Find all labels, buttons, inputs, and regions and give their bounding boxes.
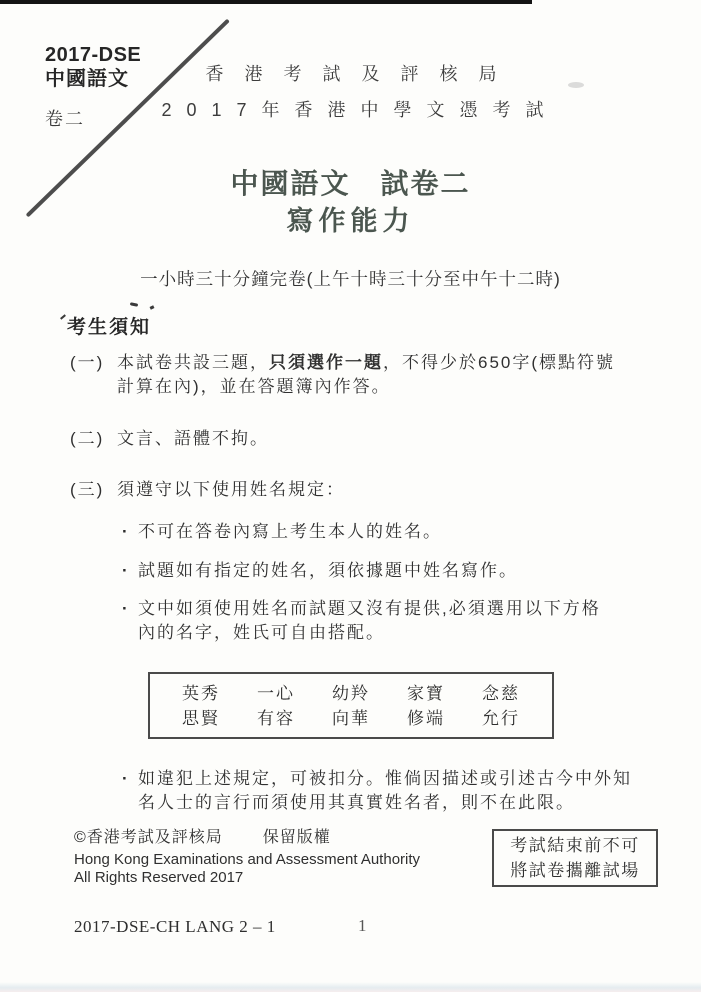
exam-warning-box: 考試結束前不可 將試卷攜離試場: [492, 829, 658, 887]
name-option: 有容: [257, 706, 295, 731]
name-option: 幼羚: [332, 681, 370, 706]
header-left-block: 2017-DSE 中國語文 卷二: [45, 44, 141, 131]
bullet-text: 不可在答卷內寫上考生本人的姓名。: [138, 520, 442, 544]
item-number: (三): [70, 478, 117, 502]
name-option: 家寶: [407, 681, 445, 706]
instruction-bullet: · 不可在答卷內寫上考生本人的姓名。: [70, 520, 670, 544]
subject-name: 中國語文: [45, 67, 141, 91]
name-option: 念慈: [482, 681, 520, 706]
bullet-icon: ·: [122, 597, 138, 621]
paper-title-line2: 寫作能力: [0, 204, 701, 238]
instruction-item-3: (三) 須遵守以下使用姓名規定：: [70, 478, 670, 502]
paper-title-line1: 中國語文 試卷二: [0, 167, 701, 201]
item-text: 文言、語體不拘。: [117, 427, 269, 451]
scan-speck: [60, 314, 66, 319]
bullet-icon: ·: [122, 559, 138, 583]
item-text-bold: 只須選作一題: [269, 353, 383, 372]
instruction-item-2: (二) 文言、語體不拘。: [70, 427, 670, 451]
scan-speck: [150, 305, 155, 309]
exam-title-line: 2 0 1 7 年 香 港 中 學 文 憑 考 試: [135, 98, 575, 122]
instruction-bullet: · 試題如有指定的姓名，須依據題中姓名寫作。: [70, 559, 670, 583]
name-row-1: 英秀 一心 幼羚 家寶 念慈: [182, 681, 520, 706]
item-number: (一): [70, 351, 117, 375]
name-option: 思賢: [182, 706, 220, 731]
copyright-en-line2: All Rights Reserved 2017: [74, 869, 420, 887]
instructions-block: (一) 本試卷共設三題，只須選作一題，不得少於650字(標點符號計算在內)，並在…: [70, 351, 670, 815]
instruction-item-1: (一) 本試卷共設三題，只須選作一題，不得少於650字(標點符號計算在內)，並在…: [70, 351, 670, 399]
scan-edge-bar: [0, 0, 532, 4]
warning-line2: 將試卷攜離試場: [494, 858, 656, 883]
instruction-bullet-final: · 如違犯上述規定，可被扣分。惟倘因描述或引述古今中外知名人士的言行而須使用其真…: [70, 767, 670, 815]
name-option: 一心: [257, 681, 295, 706]
authority-name: 香 港 考 試 及 評 核 局: [135, 62, 575, 86]
copyright-en-line1: Hong Kong Examinations and Assessment Au…: [74, 851, 420, 869]
bullet-icon: ·: [122, 520, 138, 544]
bullet-text: 試題如有指定的姓名，須依據題中姓名寫作。: [138, 559, 518, 583]
paper-number: 卷二: [45, 105, 141, 131]
item-number: (二): [70, 427, 117, 451]
item-text: 本試卷共設三題，只須選作一題，不得少於650字(標點符號計算在內)，並在答題簿內…: [117, 351, 629, 399]
bullet-text: 如違犯上述規定，可被扣分。惟倘因描述或引述古今中外知名人士的言行而須使用其真實姓…: [138, 767, 640, 815]
item-text-pre: 本試卷共設三題，: [117, 353, 269, 372]
name-option: 英秀: [182, 681, 220, 706]
name-option: 向華: [332, 706, 370, 731]
warning-line1: 考試結束前不可: [494, 833, 656, 858]
page-number: 1: [358, 916, 367, 936]
header-center-block: 香 港 考 試 及 評 核 局 2 0 1 7 年 香 港 中 學 文 憑 考 …: [135, 62, 575, 122]
bullet-text: 文中如須使用姓名而試題又沒有提供,必須選用以下方格內的名字，姓氏可自由搭配。: [138, 597, 618, 645]
paper-title: 中國語文 試卷二 寫作能力: [0, 167, 701, 238]
name-option: 允行: [482, 706, 520, 731]
document-code: 2017-DSE-CH LANG 2 – 1: [74, 917, 276, 937]
duration-line: 一小時三十分鐘完卷(上午十時三十分至中午十二時): [0, 266, 701, 291]
copyright-chinese: ©香港考試及評核局保留版權: [74, 828, 420, 848]
name-row-2: 思賢 有容 向華 修端 允行: [182, 706, 520, 731]
bullet-icon: ·: [122, 767, 138, 791]
notice-heading: 考生須知: [67, 312, 151, 339]
item-text: 須遵守以下使用姓名規定：: [117, 478, 345, 502]
copyright-authority: ©香港考試及評核局: [74, 829, 223, 846]
scan-speck: [130, 302, 138, 307]
exam-paper-page: 2017-DSE 中國語文 卷二 香 港 考 試 及 評 核 局 2 0 1 7…: [0, 0, 701, 992]
scan-edge-strip: [0, 982, 701, 992]
name-choices-box: 英秀 一心 幼羚 家寶 念慈 思賢 有容 向華 修端 允行: [148, 672, 554, 739]
copyright-block: ©香港考試及評核局保留版權 Hong Kong Examinations and…: [74, 828, 420, 887]
name-option: 修端: [407, 706, 445, 731]
instruction-bullet: · 文中如須使用姓名而試題又沒有提供,必須選用以下方格內的名字，姓氏可自由搭配。: [70, 597, 670, 645]
exam-code: 2017-DSE: [45, 44, 141, 67]
copyright-english: Hong Kong Examinations and Assessment Au…: [74, 851, 420, 887]
rights-reserved-cn: 保留版權: [263, 829, 331, 846]
